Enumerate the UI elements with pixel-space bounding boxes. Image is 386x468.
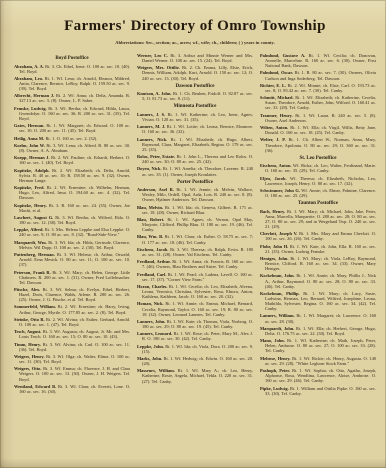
entry-surname: Abraham, A. A.	[14, 64, 44, 69]
entry-surname: Melrose, Henry.	[260, 356, 291, 361]
directory-columns: Boyd PostofficeAbraham, A. A. Rt. 3. Ch.…	[14, 53, 376, 398]
directory-entry: Blau, Robert. Rt. 1. Wf. Agnes; ch. Vern…	[137, 217, 253, 232]
directory-column: Werner, Leo C. Rt. 3. Arthur and Minnie …	[137, 53, 253, 386]
entry-surname: Horan, Charles.	[137, 284, 167, 289]
entry-surname: Leppke, Alfred.	[14, 227, 44, 232]
directory-entry: Kopitzke, Fred. Rt. 2. Wf. Ernestine; ch…	[14, 185, 130, 200]
entry-surname: Doyen, Nick.	[137, 166, 161, 171]
directory-entry: Heilig, Anna M. Rt. 1. O. 160 ac. sec. 2…	[14, 136, 130, 141]
directory-entry: Marquardt, Wm. Rt. 3. Wf. Ida; ch. Hilda…	[14, 240, 130, 250]
entry-surname: Lanners, Nick.	[137, 137, 167, 142]
entry-surname: Bach, Henry.	[260, 209, 285, 214]
entry-surname: Homan, Nick.	[137, 301, 164, 306]
entry-surname: Blau, Robert.	[137, 217, 164, 222]
postoffice-heading: Boyd Postoffice	[14, 56, 130, 61]
entry-surname: Blau, Wm. B.	[137, 234, 163, 239]
entry-surname: Kockelman, Phillip.	[260, 291, 300, 296]
entry-surname: Anderson, Axel R.	[137, 187, 174, 192]
directory-entry: Pitsche, Alex. Rt. 3. Wf. Selma; ch. Eve…	[14, 287, 130, 302]
entry-surname: Eischens, Jacob.	[137, 247, 168, 252]
directory-entry: Lanners, Nick. Rt. 1. Wf. Elizabeth; ch.…	[137, 137, 253, 152]
directory-entry: Schwimmer, John G. Wf. Annie; ch. Elmer,…	[260, 188, 376, 198]
postoffice-heading: Dawson Postoffice	[137, 84, 253, 89]
entry-surname: Welter, J. P.	[260, 137, 286, 142]
entry-surname: Koepp, Herman J.	[14, 155, 50, 160]
directory-entry: Marks, John. Rt. 1. Wf. Hedwig; ch. Edwi…	[137, 356, 253, 366]
postoffice-heading: St. Leo Postoffice	[260, 156, 376, 161]
entry-surname: Lanners, Leonard.	[137, 331, 172, 336]
directory-entry: Eischens, Jacob. Rt. 3. Wf. Theresa; ch.…	[137, 247, 253, 257]
entry-surname: Werner, Leo C.	[137, 53, 168, 58]
directory-column: Boyd PostofficeAbraham, A. A. Rt. 3. Ch.…	[14, 53, 130, 396]
entry-surname: Mano, John.	[260, 338, 285, 343]
directory-entry: Lanners, M. J. Rt. 1. Wf. Lottie; ch. Le…	[137, 124, 253, 134]
directory-entry: Kopitzke, Henry. Rt. 3. R. 160 ac. sec. …	[14, 203, 130, 213]
entry-surname: Fredland, Carl.	[137, 272, 166, 277]
entry-surname: Kockelman, John.	[260, 273, 295, 278]
directory-entry: Weigers, Otto. Rt. 3. Wf. Emma; ch. Flor…	[14, 366, 130, 381]
entry-surname: Puttenberg, Herman.	[14, 252, 55, 257]
directory-entry: Blau, Melvin. Rt. 1. Wf. Ida; ch. Geneva…	[137, 205, 253, 215]
directory-entry: Horan, Charles. Rt. 1. Wf. Cecelia; ch. …	[137, 284, 253, 299]
directory-entry: Sommerfeld, William. Rt. 2. Wf. Ernestin…	[14, 304, 130, 314]
directory-entry: Fredland, Carl. Rt. 1. Wf. Pearl; ch. La…	[137, 272, 253, 282]
entry-surname: Richter, E. L.	[260, 83, 286, 88]
directory-entry: Blau, Wm. B. Rt. 1. Wf. Clara; ch. Esthe…	[137, 234, 253, 244]
entry-surname: Tesch, August.	[14, 329, 41, 334]
entry-surname: Flohr, John H.	[260, 244, 288, 249]
entry-surname: Eischens, Anton.	[260, 163, 292, 168]
entry-surname: Laschert, August G.	[14, 215, 53, 220]
entry-surname: Lanners, J. S.	[137, 112, 165, 117]
directory-entry: Lanners, J. S. Rt. 1. Wf. Katherine; ch.…	[137, 112, 253, 122]
entry-surname: Heilig, Anna M.	[14, 136, 44, 141]
directory-entry: Puttenberg, Herman. Rt. 3. Wf. Helena; c…	[14, 252, 130, 267]
directory-entry: Tesch, August. Rt. 3. Wf. Augusta; ch. A…	[14, 329, 130, 339]
directory-entry: Peterson, Frank R. Rt. 3. Wf. Mary; ch. …	[14, 270, 130, 285]
directory-entry: Koepp, Herman J. Rt. 2. Wf. Pauline; ch.…	[14, 155, 130, 165]
directory-entry: Marquardt, John. Rt. 1. Wf. Ella; ch. He…	[260, 326, 376, 336]
entry-surname: Koehn, John W.	[14, 143, 45, 148]
directory-entry: Bach, Henry. Rt. 1. Wf. Mary; ch. Michae…	[260, 209, 376, 229]
directory-entry: Abraham, A. A. Rt. 3. Ch. Ethel, Irene. …	[14, 64, 130, 74]
entry-surname: Schwimmer, John G.	[260, 188, 300, 193]
entry-surname: Pashoph, Peter.	[260, 368, 290, 373]
entry-surname: Marquardt, John.	[260, 326, 294, 331]
postoffice-heading: Taunton Postoffice	[260, 201, 376, 206]
entry-surname: Kopitzke, Adolph.	[14, 168, 50, 173]
entry-surname: Pipke, Ludwig.	[260, 386, 289, 391]
entry-surname: Albrecht, Herman J.	[14, 93, 54, 98]
directory-entry: Eljen, Jacob. Wf. Theresa; ch. Elizabeth…	[260, 176, 376, 186]
entry-surname: Wentland, Edward B.	[14, 384, 56, 389]
entry-surname: Lanners, William.	[260, 313, 295, 318]
directory-entry: Albrecht, Herman J. Rt. 2. Wf. Anna; ch.…	[14, 93, 130, 103]
directory-entry: Mano, John. Rt. 1. Wf. Katherine; ch. Ma…	[260, 338, 376, 353]
entry-surname: Steinke, Otto R.	[14, 317, 45, 322]
directory-entry: Pipke, Ludwig. Rt. 1. William and Ottili…	[260, 386, 376, 396]
entry-surname: Chevlott, Joseph V.	[260, 231, 297, 236]
entry-surname: Tranmer, Henry.	[260, 113, 293, 118]
abbreviations-line: Abbreviations: Sec., section; ac., acres…	[14, 40, 376, 45]
directory-entry: Chevlott, Joseph V. Rt. 1. Mrs. Mary and…	[260, 231, 376, 241]
directory-entry: Flohr, John H. Rt. 1. Wf. Kate; ch. John…	[260, 244, 376, 254]
directory-entry: Rolos, Peter, Estate. Rt. 1. John L., Th…	[137, 154, 253, 164]
postoffice-heading: Minneota Postoffice	[137, 104, 253, 109]
directory-entry: Leppke, Alfred. Rt. 3. Mrs. Helena Leppk…	[14, 227, 130, 237]
entry-surname: Marks, John.	[137, 356, 162, 361]
directory-entry: Gates, Herman. Rt. 1. Wf. Margaret; ch. …	[14, 123, 130, 133]
directory-entry: Tranmer, Henry. Rt. 1. Wf. Laura. R. 240…	[260, 113, 376, 123]
entry-surname: Gates, Herman.	[14, 123, 44, 128]
entry-surname: Weigers, Henry.	[14, 354, 45, 359]
entry-surname: Leppke, John.	[137, 344, 164, 349]
entry-surname: Femske, Ludwig.	[14, 106, 47, 111]
directory-entry: Steinke, Otto R. Rt. 2. Wf. Alvina; ch. …	[14, 317, 130, 327]
directory-entry: Doyen, Nick. Rt. 1. Wf. Amelia; ch. Theo…	[137, 166, 253, 176]
directory-entry: Hentges, John. Rt. 1. Wf. Mary; ch. Viol…	[260, 256, 376, 271]
entry-surname: Marquardt, Wm.	[14, 240, 47, 245]
directory-entry: Pashoph, Peter. Rt. 1. Wf. Sophia; ch. O…	[260, 368, 376, 383]
directory-entry: Lanners, John. Rt. 1. Wf. Kate; ch. Thom…	[137, 319, 253, 329]
directory-entry: Wentland, Edward B. Rt. 3. Wf. Clara; ch…	[14, 384, 130, 394]
entry-surname: Weigers, Mrs. Ottilie.	[137, 65, 180, 70]
entry-surname: Weigers, Otto.	[14, 366, 41, 371]
entry-surname: Knutson, A. John.	[137, 91, 172, 96]
page-title: Farmers' Directory of Omro Township	[14, 18, 376, 35]
directory-entry: Welter, J. P. Rt. 1. Ch. Albert W., Norm…	[260, 137, 376, 152]
directory-entry: Kockelman, John. Rt. 1. Wf. Annie; ch. M…	[260, 273, 376, 288]
entry-surname: Schmitt, Michael.	[260, 95, 294, 100]
directory-entry: Eischens, Anton. Wf. Ricka; ch. Leo, Wal…	[260, 163, 376, 173]
directory-page: Farmers' Directory of Omro Township Abbr…	[0, 0, 386, 468]
directory-entry: Wilten, Anton. Rt. 1. Wf. Ella; ch. Virg…	[260, 125, 376, 135]
postoffice-heading: Porter Postoffice	[137, 180, 253, 185]
directory-entry: Kopitzke, Adolph. Rt. 2. Wf. Elizabeth; …	[14, 168, 130, 183]
entry-surname: Pitsche, Alex.	[14, 287, 40, 292]
directory-entry: Abraham, Leo. Rt. 1. Wf. Lena; ch. Arnol…	[14, 76, 130, 91]
directory-entry: Lanners, William. Rt. 1. Wf. Margaret; c…	[260, 313, 376, 323]
directory-entry: Knutson, A. John. Rt. 1. Ch. Reuben, Fri…	[137, 91, 253, 101]
entry-surname: Lanners, M. J.	[137, 124, 165, 129]
entry-surname: Sommerfeld, William.	[14, 304, 56, 309]
directory-entry: Kockelman, Phillip. Rt. 1. Wf. Mary; ch.…	[260, 291, 376, 311]
directory-entry: Palmlund, Gustave A. Rt. 1. Wf. Cecilia;…	[260, 53, 376, 68]
directory-entry: Timm, Henry. Rt. 3. Wf. Alvina; ch. Carl…	[14, 342, 130, 352]
entry-surname: Kopitzke, Henry.	[14, 203, 47, 208]
entry-surname: Palmlund, Gustave A.	[260, 53, 305, 58]
directory-entry: Homan, Nick. Rt. 1. Wf. Annie; ch. Emma,…	[137, 301, 253, 316]
directory-entry: Schmitt, Michael. Rt. 1. Wf. Elizabeth; …	[260, 95, 376, 110]
directory-entry: Anderson, Axel R. Rt. 1. Wf. Jennie; ch.…	[137, 187, 253, 202]
entry-surname: Blau, Melvin.	[137, 205, 163, 210]
entry-surname: Hentges, John.	[260, 256, 288, 261]
entry-surname: Palmlund, Oscar.	[260, 70, 293, 75]
entry-surname: Timm, Henry.	[14, 342, 41, 347]
entry-surname: Kopitzke, Fred.	[14, 185, 44, 190]
entry-surname: Lanners, John.	[137, 319, 165, 324]
directory-entry: Koehn, John W. Rt. 3. Wf. Lena; ch. Alfr…	[14, 143, 130, 153]
directory-entry: Werner, Leo C. Rt. 3. Arthur and Minnie …	[137, 53, 253, 63]
directory-entry: Palmlund, Oscar. Rt. 1. R. 80 ac. sec. 7…	[260, 70, 376, 80]
directory-entry: Melrose, Henry. Rt. 1. Wf. Rickie; ch. H…	[260, 356, 376, 366]
entry-surname: Fredland, Arthur.	[137, 259, 171, 264]
directory-entry: Femske, Ludwig. Rt. 3. Wf. Bertha; ch. E…	[14, 106, 130, 121]
entry-surname: Masseurs, William.	[137, 368, 175, 373]
directory-entry: Weigers, Mrs. Ottilie. Rt. 2. Ch. Emma, …	[137, 65, 253, 80]
entry-surname: Rolos, Peter, Estate.	[137, 154, 175, 159]
directory-entry: Fredland, Arthur. Rt. 1. Wf. Anna; ch. F…	[137, 259, 253, 269]
directory-entry: Leppke, John. Rt. 1. Wf. Ida; ch. Viola,…	[137, 344, 253, 354]
directory-entry: Masseurs, William. Rt. 1. Wf. Mary A.; c…	[137, 368, 253, 383]
directory-entry: Richter, E. L. Rt. 2. Wf. Minnie; ch. El…	[260, 83, 376, 93]
directory-entry: Weigers, Henry. Rt. 3. Wf. Olga; ch. Wal…	[14, 354, 130, 364]
entry-surname: Peterson, Frank R.	[14, 270, 51, 275]
directory-entry: Laschert, August G. Rt. 3. Wf. Bertha; c…	[14, 215, 130, 225]
directory-column: Palmlund, Gustave A. Rt. 1. Wf. Cecilia;…	[260, 53, 376, 398]
entry-surname: Abraham, Leo.	[14, 76, 43, 81]
directory-entry: Lanners, Leonard. Rt. 1. Wf. Rose; ch. P…	[137, 331, 253, 341]
entry-surname: Wilten, Anton.	[260, 125, 288, 130]
entry-surname: Eljen, Jacob.	[260, 176, 287, 181]
